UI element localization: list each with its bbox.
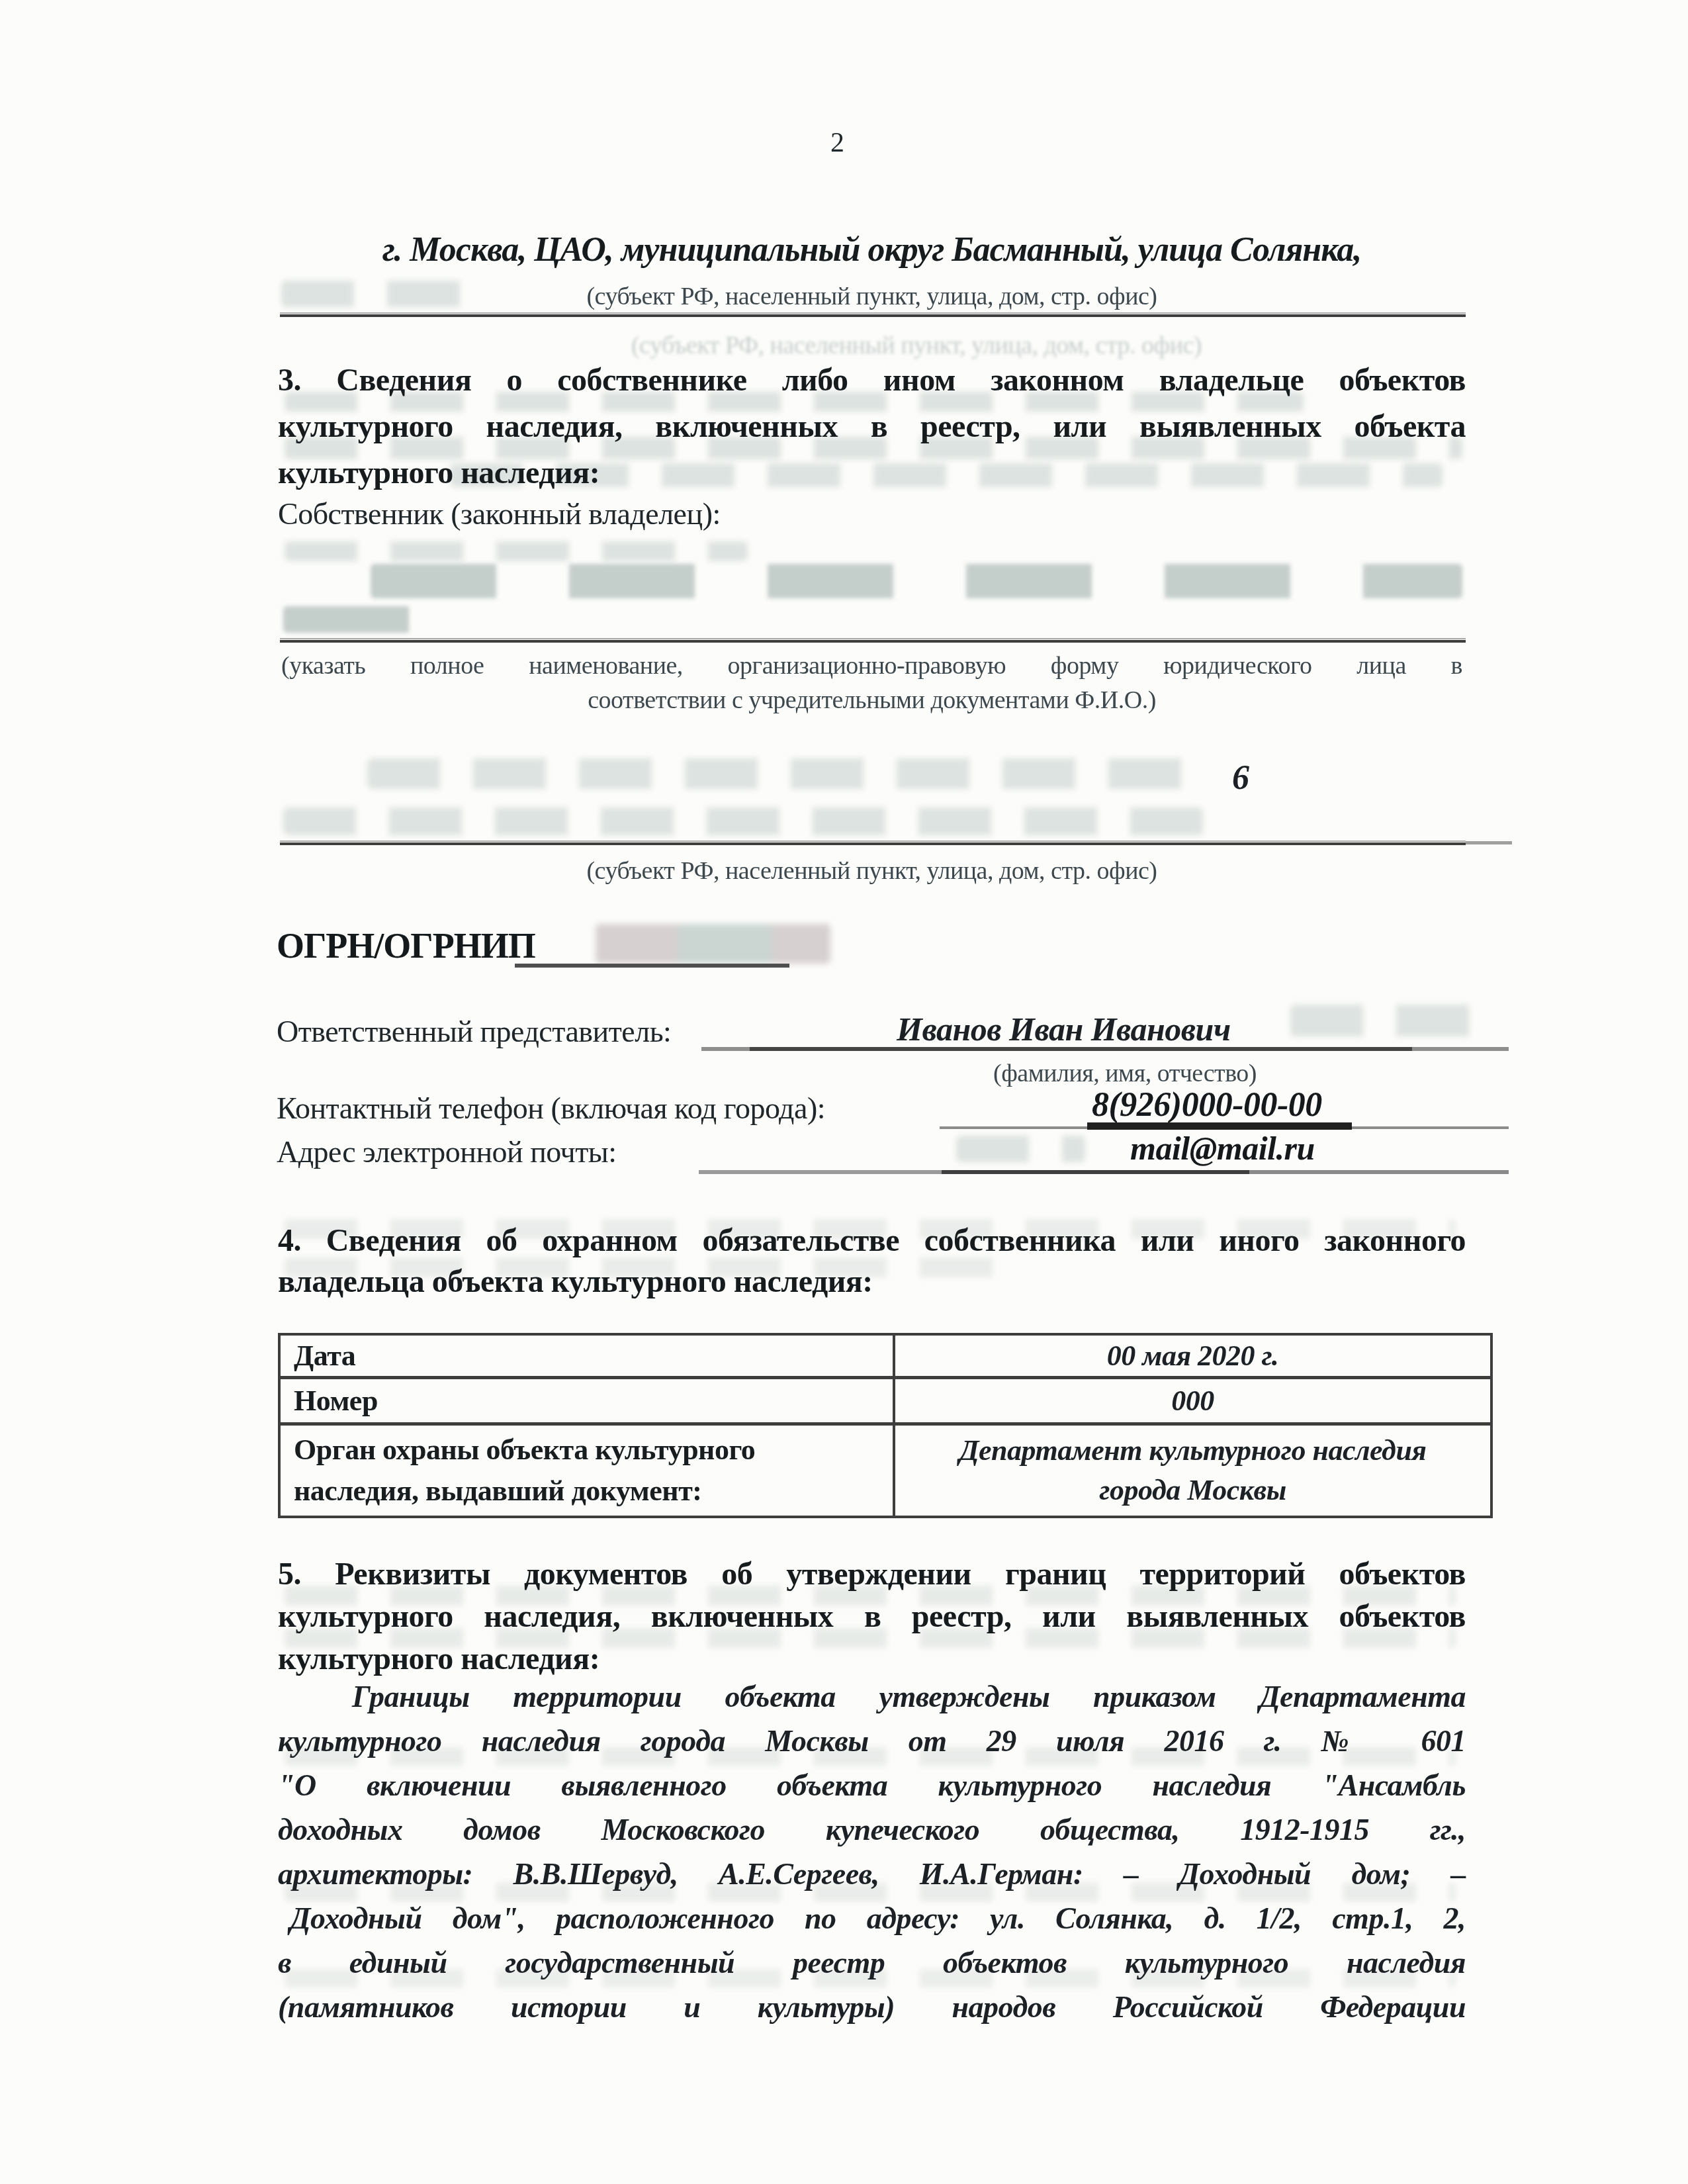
phone-value: 8(926)000-00-00 — [1092, 1085, 1322, 1124]
section5-heading-line3: культурного наследия: — [278, 1640, 1466, 1678]
section5-heading-line1: 5. Реквизиты документов об утверждении г… — [278, 1555, 1466, 1594]
scanned-document-page: 2 г. Москва, ЦАО, муниципальный округ Ба… — [0, 0, 1688, 2184]
table-cell-value: Департамент культурного наследия города … — [895, 1431, 1490, 1510]
owner-address-note: (субъект РФ, населенный пункт, улица, до… — [278, 856, 1466, 886]
owner-hint-line1: (указать полное наименование, организаци… — [281, 651, 1462, 680]
horizontal-rule-tail — [1466, 841, 1512, 844]
section3-heading-line2: культурного наследия, включенных в реест… — [278, 408, 1466, 446]
table-cell-label: Номер — [281, 1381, 378, 1422]
floor-number: 6 — [1232, 758, 1249, 797]
boundaries-paragraph-line8: (памятников истории и культуры) народов … — [278, 1989, 1466, 2026]
table-row-date-label: Дата — [281, 1336, 895, 1379]
table-cell-label: Орган охраны объекта культурного наследи… — [281, 1430, 893, 1512]
table-cell-value: 000 — [1171, 1381, 1214, 1421]
redacted-owner-name — [371, 564, 1462, 598]
address-header: г. Москва, ЦАО, муниципальный округ Басм… — [278, 230, 1466, 269]
email-value: mail@mail.ru — [1130, 1129, 1315, 1167]
table-cell-label: Дата — [281, 1336, 355, 1377]
table-cell-value: 00 мая 2020 г. — [1107, 1336, 1278, 1376]
protection-obligation-table: Дата 00 мая 2020 г. Номер 000 Орган охра… — [278, 1333, 1493, 1518]
horizontal-rule — [280, 638, 1466, 643]
table-row-authority-label: Орган охраны объекта культурного наследи… — [281, 1426, 895, 1516]
boundaries-paragraph-line1: Границы территории объекта утверждены пр… — [278, 1678, 1466, 1715]
section4-heading-line2: владельца объекта культурного наследия: — [278, 1263, 1466, 1301]
ogrn-label: ОГРН/ОГРНИП — [277, 925, 535, 966]
redacted-ogrn-value — [596, 924, 830, 964]
owner-hint-line2: соответствии с учредительными документам… — [278, 686, 1466, 715]
representative-note: (фамилия, имя, отчество) — [940, 1059, 1310, 1088]
email-underline — [699, 1170, 1509, 1174]
boundaries-paragraph-line7: в единый государственный реестр объектов… — [278, 1944, 1466, 1981]
boundaries-paragraph-line6: Доходный дом", расположенного по адресу:… — [290, 1900, 1466, 1937]
owner-label: Собственник (законный владелец): — [278, 496, 721, 531]
horizontal-rule — [280, 841, 1466, 845]
bleedthrough-address-line2 — [283, 807, 1203, 835]
section3-heading-line1: 3. Сведения о собственнике либо ином зак… — [278, 361, 1466, 400]
redacted-owner-name-continued — [283, 606, 435, 633]
table-row-authority-value: Департамент культурного наследия города … — [895, 1426, 1490, 1516]
boundaries-paragraph-line4: доходных домов Московского купеческого о… — [278, 1811, 1466, 1848]
bleedthrough-note: (субъект РФ, населенный пункт, улица, до… — [371, 331, 1462, 360]
page-number: 2 — [830, 127, 844, 159]
table-row-number-value: 000 — [895, 1379, 1490, 1426]
ogrn-underline — [515, 964, 789, 968]
email-label: Адрес электронной почты: — [277, 1134, 617, 1169]
address-header-note: (субъект РФ, населенный пункт, улица, до… — [278, 282, 1466, 311]
section5-heading-line2: культурного наследия, включенных в реест… — [278, 1598, 1466, 1636]
bleedthrough-address-line1 — [367, 758, 1201, 789]
bleedthrough-smudge — [956, 1136, 1085, 1162]
boundaries-paragraph-line5: архитекторы: В.В.Шервуд, А.Е.Сергеев, И.… — [278, 1856, 1466, 1893]
section4-heading-line1: 4. Сведения об охранном обязательстве со… — [278, 1222, 1466, 1260]
boundaries-paragraph-line3: "О включении выявленного объекта культур… — [278, 1767, 1466, 1804]
representative-label: Ответственный представитель: — [277, 1014, 671, 1049]
horizontal-rule — [280, 312, 1466, 317]
representative-value: Иванов Иван Иванович — [897, 1010, 1231, 1048]
boundaries-paragraph-line2: культурного наследия города Москвы от 29… — [278, 1723, 1466, 1760]
phone-label: Контактный телефон (включая код города): — [277, 1091, 825, 1126]
section3-heading-line3: культурного наследия: — [278, 454, 1466, 492]
bleedthrough-smudge — [285, 541, 748, 561]
representative-underline — [701, 1047, 1509, 1051]
table-row-number-label: Номер — [281, 1379, 895, 1426]
bleedthrough-smudge — [1290, 1005, 1502, 1036]
table-row-date-value: 00 мая 2020 г. — [895, 1336, 1490, 1379]
